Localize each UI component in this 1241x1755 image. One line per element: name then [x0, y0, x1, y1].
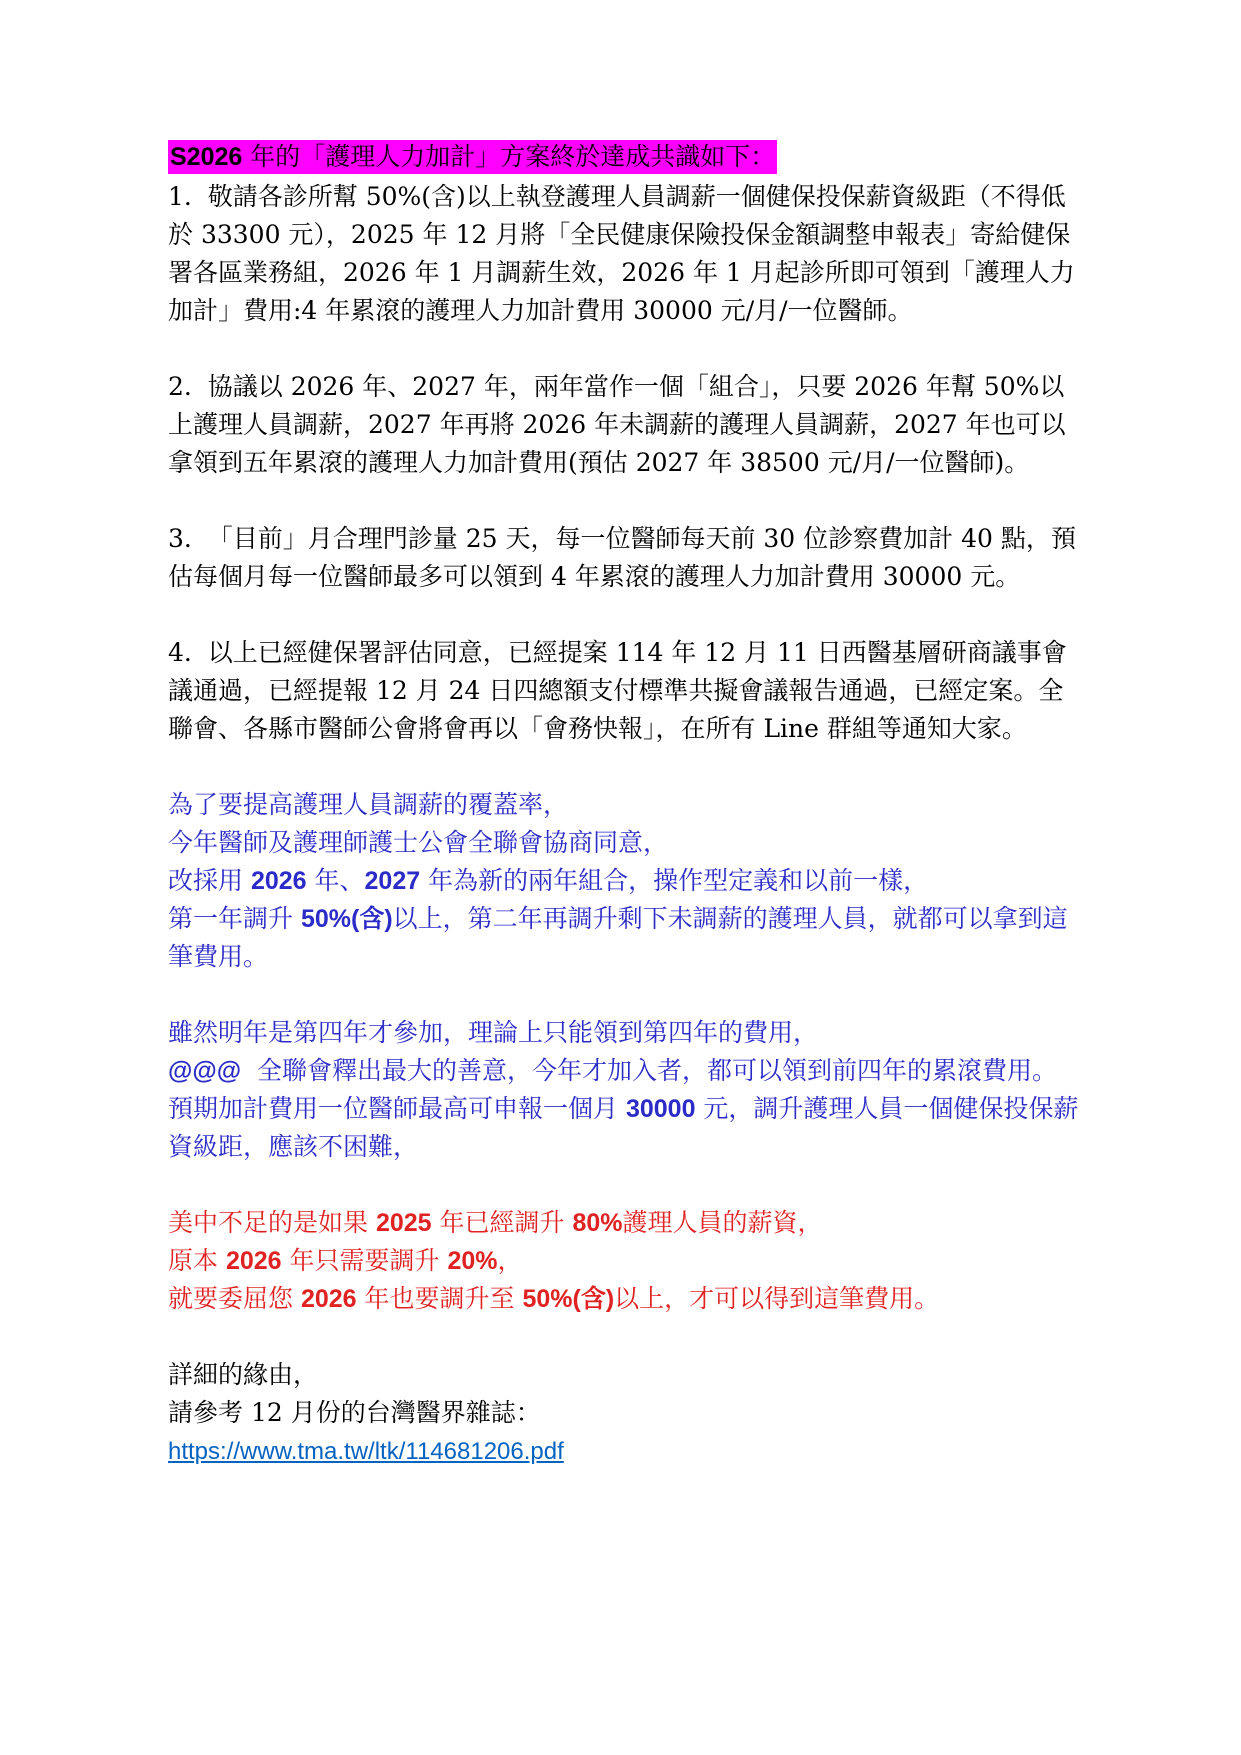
red-text-2c: ，	[498, 1246, 523, 1275]
title-prefix: S2026	[170, 143, 242, 171]
link-line: https://www.tma.tw/ltk/114681206.pdf	[168, 1432, 1081, 1471]
document-page: S2026 年的「護理人力加計」方案終於達成共識如下：1. 敬請各診所幫 50%…	[0, 0, 1241, 1755]
red-line-3: 就要委屈您 2026 年也要調升至 50%(含)以上，才可以得到這筆費用。	[168, 1280, 1081, 1318]
blue-bold-2026: 2026	[251, 867, 307, 895]
red-text-2b: 年只需要調升	[282, 1246, 448, 1275]
blue-bold-50pct: 50%(含)	[301, 905, 393, 933]
item-3-text: 3. 「目前」月合理門診量 25 天，每一位醫師每天前 30 位診察費加計 40…	[168, 524, 1076, 591]
closing-line-1: 詳細的緣由，	[168, 1356, 1081, 1394]
red-bold-2026b: 2026	[301, 1285, 357, 1313]
item-2-text: 2. 協議以 2026 年、2027 年，兩年當作一個「組合」，只要 2026 …	[168, 372, 1066, 477]
blue-text-3b: 年、	[307, 866, 365, 895]
tma-pdf-link[interactable]: https://www.tma.tw/ltk/114681206.pdf	[168, 1438, 564, 1465]
closing-text-2: 請參考 12 月份的台灣醫界雜誌：	[168, 1398, 541, 1427]
item-1-text: 1. 敬請各診所幫 50%(含)以上執登護理人員調薪一個健保投保薪資級距（不得低…	[168, 182, 1075, 325]
blue-line-6: @@@ 全聯會釋出最大的善意，今年才加入者，都可以領到前四年的累滾費用。	[168, 1052, 1081, 1090]
red-bold-20pct: 20%	[447, 1247, 497, 1275]
blue-line-5: 雖然明年是第四年才參加，理論上只能領到第四年的費用，	[168, 1014, 1081, 1052]
blue-text-7a: 預期加計費用一位醫師最高可申報一個月	[168, 1094, 626, 1123]
red-text-2a: 原本	[168, 1246, 226, 1275]
red-bold-2025: 2025	[376, 1209, 432, 1237]
blue-bold-2027: 2027	[365, 867, 421, 895]
closing-line-2: 請參考 12 月份的台灣醫界雜誌：	[168, 1394, 1081, 1432]
red-bold-80pct: 80%	[572, 1209, 622, 1237]
blue-text-5: 雖然明年是第四年才參加，理論上只能領到第四年的費用，	[168, 1018, 818, 1047]
blue-text-2: 今年醫師及護理師護士公會全聯會協商同意，	[168, 828, 668, 857]
red-text-1a: 美中不足的是如果	[168, 1208, 376, 1237]
title-highlight: S2026 年的「護理人力加計」方案終於達成共識如下：	[168, 140, 777, 174]
blue-bold-30000: 30000	[626, 1095, 696, 1123]
red-text-1b: 年已經調升	[432, 1208, 573, 1237]
blue-text-3a: 改採用	[168, 866, 251, 895]
blue-text-1: 為了要提高護理人員調薪的覆蓋率，	[168, 790, 568, 819]
blue-text-4a: 第一年調升	[168, 904, 301, 933]
blue-text-3c: 年為新的兩年組合，操作型定義和以前一樣，	[420, 866, 928, 895]
red-bold-50pct: 50%(含)	[522, 1285, 614, 1313]
blue-text-6: 全聯會釋出最大的善意，今年才加入者，都可以領到前四年的累滾費用。	[241, 1056, 1057, 1085]
blue-line-3: 改採用 2026 年、2027 年為新的兩年組合，操作型定義和以前一樣，	[168, 862, 1081, 900]
document-body: S2026 年的「護理人力加計」方案終於達成共識如下：1. 敬請各診所幫 50%…	[168, 138, 1081, 1471]
closing-text-1: 詳細的緣由，	[168, 1360, 318, 1389]
numbered-item-1: 1. 敬請各診所幫 50%(含)以上執登護理人員調薪一個健保投保薪資級距（不得低…	[168, 178, 1081, 330]
item-4-text: 4. 以上已經健保署評估同意，已經提案 114 年 12 月 11 日西醫基層研…	[168, 638, 1067, 743]
blue-line-4: 第一年調升 50%(含)以上，第二年再調升剩下未調薪的護理人員，就都可以拿到這筆…	[168, 900, 1081, 976]
title-text: 年的「護理人力加計」方案終於達成共識如下：	[242, 142, 775, 171]
red-text-3c: 以上，才可以得到這筆費用。	[614, 1284, 939, 1313]
red-text-3b: 年也要調升至	[357, 1284, 523, 1313]
blue-line-7: 預期加計費用一位醫師最高可申報一個月 30000 元，調升護理人員一個健保投保薪…	[168, 1090, 1081, 1166]
numbered-item-2: 2. 協議以 2026 年、2027 年，兩年當作一個「組合」，只要 2026 …	[168, 368, 1081, 482]
red-text-1c: 護理人員的薪資，	[623, 1208, 823, 1237]
numbered-item-4: 4. 以上已經健保署評估同意，已經提案 114 年 12 月 11 日西醫基層研…	[168, 634, 1081, 748]
blue-line-1: 為了要提高護理人員調薪的覆蓋率，	[168, 786, 1081, 824]
title-line: S2026 年的「護理人力加計」方案終於達成共識如下：	[168, 138, 1081, 176]
blue-line-2: 今年醫師及護理師護士公會全聯會協商同意，	[168, 824, 1081, 862]
red-line-2: 原本 2026 年只需要調升 20%，	[168, 1242, 1081, 1280]
red-text-3a: 就要委屈您	[168, 1284, 301, 1313]
red-line-1: 美中不足的是如果 2025 年已經調升 80%護理人員的薪資，	[168, 1204, 1081, 1242]
red-bold-2026a: 2026	[226, 1247, 282, 1275]
numbered-item-3: 3. 「目前」月合理門診量 25 天，每一位醫師每天前 30 位診察費加計 40…	[168, 520, 1081, 596]
blue-bold-at: @@@	[168, 1057, 241, 1085]
